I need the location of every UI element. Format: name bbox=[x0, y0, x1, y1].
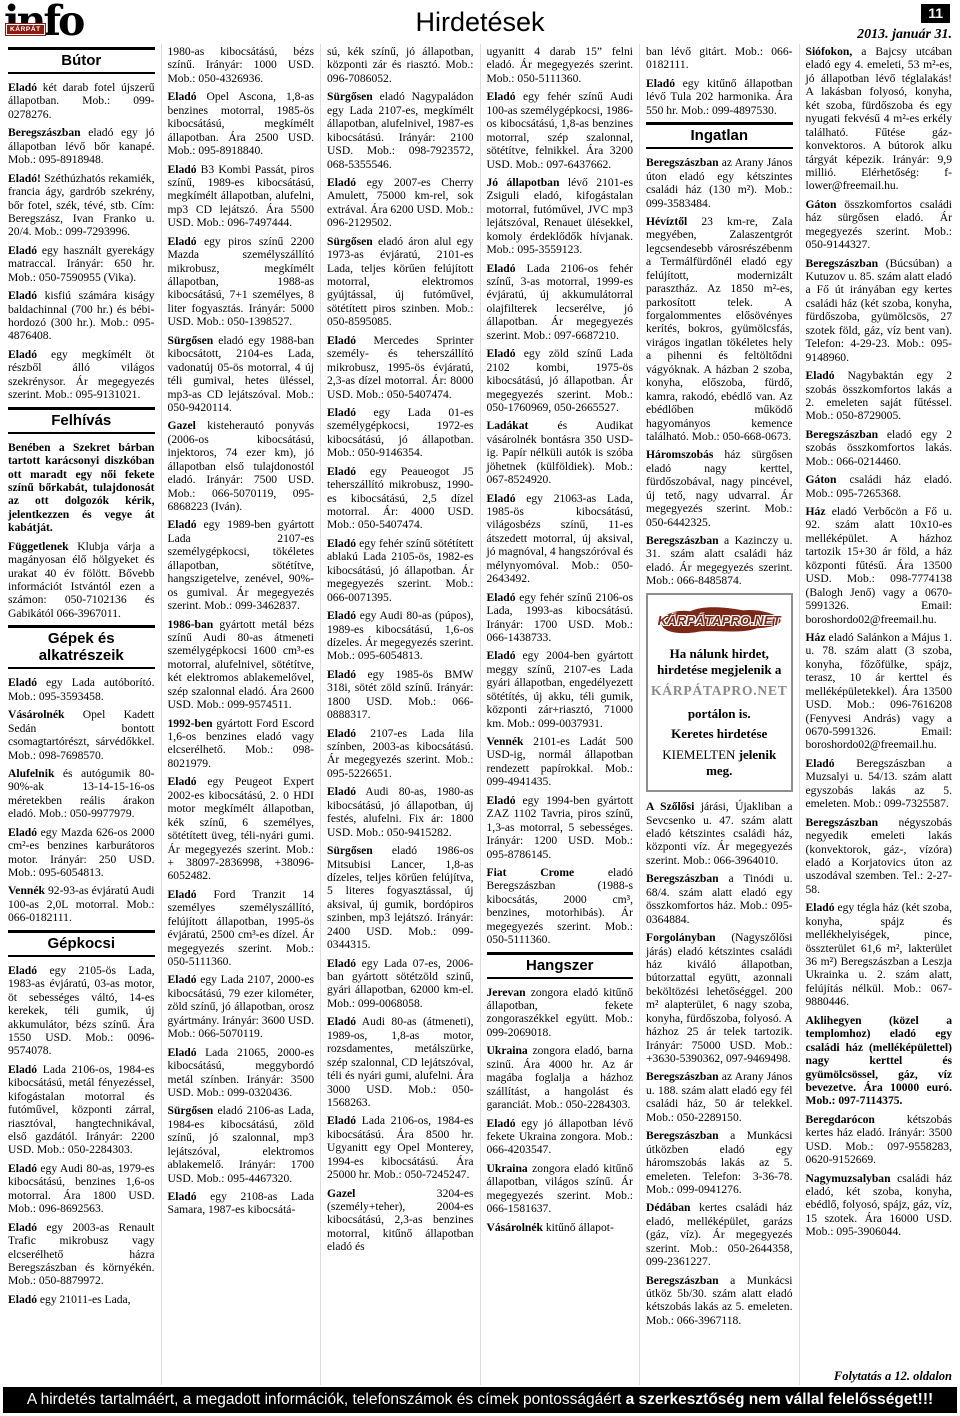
ad-item: Vásárolnék kitűnő állapot- bbox=[487, 1221, 634, 1234]
column-4: ugyanitt 4 darab 15” felni eladó. Ár meg… bbox=[480, 44, 640, 1385]
ad-lead: Fiat Crome bbox=[487, 866, 575, 879]
ad-lead: Eladó bbox=[8, 826, 37, 839]
section-header: Bútor bbox=[8, 47, 155, 74]
ad-lead: Eladó bbox=[327, 609, 356, 622]
column-5: ban lévő gitárt. Mob.: 066-0182111.Eladó… bbox=[639, 44, 799, 1385]
ad-item: Eladó egy 2105-ös Lada, 1983-as évjáratú… bbox=[8, 964, 155, 1058]
ad-lead: Eladó bbox=[487, 591, 516, 604]
ad-item: Eladó Audi 80-as, 1980-as kibocsátású, j… bbox=[327, 785, 474, 839]
ad-lead: Beregszászban bbox=[646, 534, 719, 547]
ad-item: Dédában kertes családi ház eladó, mellék… bbox=[646, 1201, 793, 1268]
ad-item: Beregszászban az Arany János úton eladó … bbox=[646, 156, 793, 210]
ad-lead: Eladó bbox=[487, 794, 516, 807]
ad-item: Jó állapotban lévő 2101-es Zsiguli eladó… bbox=[487, 176, 634, 257]
promo-kiemelten: KIEMELTEN bbox=[662, 747, 738, 762]
ad-item: Eladó két darab fotel újszerű állapotban… bbox=[8, 81, 155, 121]
ad-lead: Eladó bbox=[8, 1063, 37, 1076]
ad-lead: Sürgősen bbox=[327, 844, 373, 857]
ad-lead: Háromszobás bbox=[646, 448, 713, 461]
ad-item: Eladó egy 2004-ben gyártott meggy színű,… bbox=[487, 649, 634, 730]
ad-lead: Eladó bbox=[327, 537, 356, 550]
ad-lead: Eladó bbox=[327, 465, 356, 478]
logo-info-text: info bbox=[4, 0, 224, 42]
ad-item: Eladó egy Lada autóborító. Mob.: 095-359… bbox=[8, 676, 155, 703]
promo-site: KÁRPÁTAPRO.NET bbox=[651, 683, 788, 700]
ad-lead: Vennék bbox=[8, 884, 45, 897]
ad-item: Eladó egy Peaueogot J5 teherszállító mik… bbox=[327, 465, 474, 532]
ad-lead: Eladó bbox=[8, 289, 37, 302]
continuation-note: Folytatás a 12. oldalon bbox=[826, 1369, 952, 1384]
ad-lead: Ukraina bbox=[487, 1162, 528, 1175]
ad-lead: Eladó bbox=[806, 757, 835, 770]
ad-lead: 1992-ben bbox=[168, 717, 213, 730]
ad-item: Eladó Nagybaktán egy 2 szobás összkomfor… bbox=[806, 369, 953, 423]
ad-lead: Függetlenek bbox=[8, 540, 69, 553]
ad-lead: Eladó bbox=[8, 1293, 37, 1306]
ad-item: Beregszászban a Kazinczy u. 31. szám ala… bbox=[646, 534, 793, 588]
ad-item: Sürgősen eladó egy 1988-ban kibocsátott,… bbox=[168, 334, 315, 415]
ad-lead: Dédában bbox=[646, 1201, 690, 1214]
ad-item: Beregszászban négyszobás negyedik emelet… bbox=[806, 816, 953, 897]
ad-item: Eladó egy piros színű 2200 Mazda személy… bbox=[168, 235, 315, 329]
ad-item: Eladó Lada 2106-os, 1984-es kibocsátású.… bbox=[327, 1114, 474, 1181]
ad-lead: Eladó bbox=[327, 406, 356, 419]
column-6: Siófokon, a Bajcsy utcában eladó egy 4. … bbox=[799, 44, 959, 1385]
ad-item: Eladó egy 1985-ös BMW 318i, sötét zöld s… bbox=[327, 668, 474, 722]
ad-item: Eladó B3 Kombi Passát, piros színű, 1989… bbox=[168, 163, 315, 230]
ad-item: A Szőlősi járási, Újakliban a Sevcsenko … bbox=[646, 800, 793, 867]
ad-item: sú, kék színű, jó állapotban, központi z… bbox=[327, 45, 474, 85]
column-1: BútorEladó két darab fotel újszerű állap… bbox=[2, 44, 161, 1385]
ad-item: Ukraina zongora eladó kitűnő állapotban,… bbox=[487, 1162, 634, 1216]
ad-item: Háromszobás ház sürgősen eladó nagy kert… bbox=[646, 448, 793, 529]
column-3: sú, kék színű, jó állapotban, központi z… bbox=[320, 44, 480, 1385]
ad-lead: Eladó bbox=[487, 90, 516, 103]
ad-item: Jerevan zongora eladó kitűnő állapotban,… bbox=[487, 986, 634, 1040]
ad-item: Eladó Audi 80-as (átmeneti), 1989-os, 1,… bbox=[327, 1015, 474, 1109]
ad-lead: Eladó bbox=[8, 1162, 37, 1175]
ad-lead: Beregszászban bbox=[646, 156, 719, 169]
ad-lead: Eladó bbox=[168, 235, 197, 248]
ad-item: Eladó egy 2007-es Cherry Amulett, 75000 … bbox=[327, 176, 474, 230]
logo-karpat-badge: KÁRPÁT bbox=[6, 24, 45, 35]
footer-text-bold: a szerkesztőség nem vállal felelősséget!… bbox=[626, 1391, 934, 1409]
ad-item: Eladó egy Lada 07-es, 2006-ban gyártott … bbox=[327, 957, 474, 1011]
ad-lead: Ukraina bbox=[487, 1044, 528, 1057]
promo-line: Ha nálunk hirdet, hirdetése megjelenik a bbox=[651, 646, 788, 679]
ad-lead: Eladó bbox=[168, 163, 197, 176]
ad-item: Alufelnik és autógumik 80-90%-ak 13-14-1… bbox=[8, 767, 155, 821]
ad-lead: Eladó bbox=[646, 77, 675, 90]
ad-lead: Sürgősen bbox=[168, 1104, 214, 1117]
ad-item: Eladó egy Mazda 626-os 2000 cm²-es benzi… bbox=[8, 826, 155, 880]
ad-lead: Eladó bbox=[168, 973, 197, 986]
ad-lead: Vennék bbox=[487, 735, 524, 748]
ad-lead: Eladó bbox=[168, 775, 197, 788]
ad-lead: Eladó bbox=[806, 369, 835, 382]
newspaper-page: info KÁRPÁT Hirdetések 11 2013. január 3… bbox=[0, 0, 960, 1416]
ad-lead: Eladó bbox=[8, 676, 37, 689]
ad-item: Sürgősen eladó 2106-as Lada, 1984-es kib… bbox=[168, 1104, 315, 1185]
ad-lead: Vásárolnék bbox=[487, 1221, 543, 1234]
ad-lead: Sürgősen bbox=[168, 334, 214, 347]
ad-item: Beregszászban eladó egy 2 szobás összkom… bbox=[806, 428, 953, 468]
ad-lead: Eladó bbox=[806, 901, 835, 914]
promo-line: Keretes hirdetése bbox=[651, 726, 788, 742]
ad-item: Ház eladó Salánkon a Május 1. u. 78. szá… bbox=[806, 631, 953, 752]
ad-lead: Eladó bbox=[327, 957, 356, 970]
ad-item: Gazel kisteherautó ponyvás (2006-os kibo… bbox=[168, 419, 315, 513]
ad-lead: Ladákat bbox=[487, 419, 529, 432]
ad-item: Eladó egy megkímélt öt részből álló vilá… bbox=[8, 348, 155, 402]
ad-item: Eladó egy 2003-as Renault Trafic mikrobu… bbox=[8, 1221, 155, 1288]
promo-box-karpatapro: KÁRPÁTAPRO.NETHa nálunk hirdet, hirdetés… bbox=[646, 593, 793, 792]
ad-item: Gáton családi ház eladó. Mob.: 095-72653… bbox=[806, 473, 953, 500]
ad-lead: Sürgősen bbox=[327, 235, 373, 248]
ad-lead: Beregszászban bbox=[8, 126, 81, 139]
ad-lead: Sürgősen bbox=[327, 90, 373, 103]
ad-item: Eladó Lada 2106-os fehér színű, 3-as mot… bbox=[487, 262, 634, 343]
ad-lead: Gáton bbox=[806, 198, 837, 211]
ad-lead: Eladó bbox=[327, 785, 356, 798]
ad-item: Eladó Lada 21065, 2000-es kibocsátású, m… bbox=[168, 1046, 315, 1100]
ad-item: Beregszászban az Arany János u. 188. szá… bbox=[646, 1070, 793, 1124]
ad-item: Eladó egy fehér színű Audi 100-as személ… bbox=[487, 90, 634, 171]
section-header: Felhívás bbox=[8, 407, 155, 434]
ad-lead: Eladó bbox=[168, 518, 197, 531]
ad-item: Eladó egy 2108-as Lada Samara, 1987-es k… bbox=[168, 1190, 315, 1217]
karpatapro-logo: KÁRPÁTAPRO.NET bbox=[653, 600, 786, 642]
ad-item: Ház eladó Verbőcön a Fő u. 92. szám alat… bbox=[806, 505, 953, 626]
ad-item: Sürgősen eladó áron alul egy 1973-as évj… bbox=[327, 235, 474, 329]
ad-lead: Eladó bbox=[487, 1117, 516, 1130]
masthead-logo: info KÁRPÁT bbox=[4, 0, 224, 44]
ad-lead: Eladó bbox=[487, 492, 516, 505]
ad-item: Eladó egy Lada 2107, 2000-es kibocsátású… bbox=[168, 973, 315, 1040]
issue-date: 2013. január 31. bbox=[857, 27, 952, 43]
columns: BútorEladó két darab fotel újszerű állap… bbox=[2, 44, 958, 1385]
ad-item: Vennék 92-93-as évjáratú Audi 100-as 2,0… bbox=[8, 884, 155, 924]
ad-lead: Alufelnik bbox=[8, 767, 54, 780]
ad-lead: Eladó bbox=[327, 668, 356, 681]
ad-item: Nagymuzsalyban családi ház eladó, két sz… bbox=[806, 1172, 953, 1239]
ad-lead: A Szőlősi bbox=[646, 800, 694, 813]
section-header: Gépek és alkatrészeik bbox=[8, 625, 155, 669]
ad-lead: Eladó bbox=[327, 334, 356, 347]
page-number: 11 bbox=[921, 4, 950, 23]
ad-item: Ladákat és Audikat vásárolnék bontásra 3… bbox=[487, 419, 634, 486]
ad-item: Eladó! Széthúzhatós rekamiék, francia ág… bbox=[8, 172, 155, 239]
ad-lead: Eladó! bbox=[8, 172, 41, 185]
ad-lead: Jó állapotban bbox=[487, 176, 560, 189]
ad-lead: Beregszászban bbox=[646, 1129, 719, 1142]
ad-item: Eladó egy zöld színű Lada 2102 kombi, 19… bbox=[487, 347, 634, 414]
ad-item: Eladó 2107-es Lada lila színben, 2003-as… bbox=[327, 727, 474, 781]
ad-lead: Eladó bbox=[487, 649, 516, 662]
ad-lead: Beregszászban bbox=[806, 428, 879, 441]
ad-lead: Eladó bbox=[487, 262, 516, 275]
ad-lead: Ház bbox=[806, 505, 826, 518]
ad-lead: Beregszászban bbox=[806, 816, 879, 829]
ad-lead: Eladó bbox=[8, 244, 37, 257]
section-header: Hangszer bbox=[487, 952, 634, 979]
column-2: 1980-as kibocsátású, bézs színű. Irányár… bbox=[161, 44, 321, 1385]
ad-item: Eladó egy használt gyerekágy matraccal. … bbox=[8, 244, 155, 284]
ad-item: Gazel 3204-es (személy+teher), 2004-es k… bbox=[327, 1187, 474, 1254]
ad-item: Vennék 2101-es Ladát 500 USD-ig, normál … bbox=[487, 735, 634, 789]
footer-disclaimer: A hirdetés tartalmáért, a megadott infor… bbox=[3, 1387, 957, 1413]
ad-item: Eladó egy 1989-ben gyártott Lada 2107-es… bbox=[168, 518, 315, 612]
ad-item: Eladó egy 1994-ben gyártott ZAZ 1102 Tav… bbox=[487, 794, 634, 861]
ad-lead: 1986-ban bbox=[168, 618, 214, 631]
ad-item: Eladó egy jó állapotban lévő fekete Ukra… bbox=[487, 1117, 634, 1157]
karpatapro-logo-text: KÁRPÁTAPRO.NET bbox=[653, 613, 786, 628]
ad-lead: Eladó bbox=[168, 888, 197, 901]
ad-item: ban lévő gitárt. Mob.: 066-0182111. bbox=[646, 45, 793, 72]
ad-lead: Eladó bbox=[8, 81, 37, 94]
ad-item: Hévíztől 23 km-re, Zala megyében, Zalasz… bbox=[646, 215, 793, 443]
ad-item: Fiat Crome eladó Beregszászban (1988-s k… bbox=[487, 866, 634, 947]
ad-item: 1986-ban gyártott metál bézs színű Audi … bbox=[168, 618, 315, 712]
footer-text: A hirdetés tartalmáért, a megadott infor… bbox=[27, 1391, 626, 1409]
ad-lead: Eladó bbox=[168, 1190, 197, 1203]
ad-item: Gáton összkomfortos családi ház sürgősen… bbox=[806, 198, 953, 252]
ad-lead: Eladó bbox=[168, 1046, 197, 1059]
ad-item: Aklihegyen (közel a templomhoz) eladó eg… bbox=[806, 1014, 953, 1108]
ad-item: Beregszászban eladó egy jó állapotban lé… bbox=[8, 126, 155, 166]
ad-item: Sürgősen eladó 1986-os Mitsubisi Lancer,… bbox=[327, 844, 474, 952]
ad-lead: Gazel bbox=[168, 419, 196, 432]
ad-item: Beregdarócon kétszobás kertes ház eladó.… bbox=[806, 1113, 953, 1167]
ad-item: Eladó egy fehér színű sötétített ablakú … bbox=[327, 537, 474, 604]
ad-lead: Beregszászban bbox=[646, 1070, 719, 1083]
ad-item: Eladó egy Audi 80-as (púpos), 1989-es ki… bbox=[327, 609, 474, 663]
ad-item: Eladó egy tégla ház (két szoba, konyha, … bbox=[806, 901, 953, 1009]
ad-lead: Eladó bbox=[8, 1221, 37, 1234]
ad-item: Beregszászban a Tinódi u. 68/4. szám ala… bbox=[646, 872, 793, 926]
ad-lead: Eladó bbox=[327, 176, 356, 189]
ad-lead: Beregszászban bbox=[806, 257, 879, 270]
ad-item: Eladó egy kitűnő állapotban lévő Tula 20… bbox=[646, 77, 793, 117]
ad-item: Beregszászban (Búcsúban) a Kutuzov u. 85… bbox=[806, 257, 953, 365]
ad-item: Sürgősen eladó Nagypaládon egy Lada 2107… bbox=[327, 90, 474, 171]
ad-item: Eladó egy fehér színű 2106-os Lada, 1993… bbox=[487, 591, 634, 645]
ad-lead: Eladó bbox=[8, 348, 37, 361]
ad-lead: Eladó bbox=[168, 90, 197, 103]
ad-lead: Beregszászban bbox=[646, 1274, 719, 1287]
ad-item: Függetlenek Klubja várja a magányosan él… bbox=[8, 540, 155, 621]
ad-lead: Siófokon, bbox=[806, 45, 853, 58]
promo-line: KIEMELTEN jelenik meg. bbox=[651, 747, 788, 780]
ad-lead: Gazel bbox=[327, 1187, 355, 1200]
ad-lead: Eladó bbox=[327, 1114, 356, 1127]
ad-item: Eladó Opel Ascona, 1,8-as benzines motor… bbox=[168, 90, 315, 157]
ad-lead: Eladó bbox=[8, 964, 37, 977]
ad-item: Eladó egy Audi 80-as, 1979-es kibocsátás… bbox=[8, 1162, 155, 1216]
promo-line: portálon is. bbox=[651, 706, 788, 722]
ad-lead: Hévíztől bbox=[646, 215, 687, 228]
ad-item: Beregszászban a Munkácsi útközben eladó … bbox=[646, 1129, 793, 1196]
ad-item: Siófokon, a Bajcsy utcában eladó egy 4. … bbox=[806, 45, 953, 193]
ad-lead: Forgolányban bbox=[646, 931, 716, 944]
ad-item: Eladó Ford Tranzit 14 személyes személys… bbox=[168, 888, 315, 969]
ad-item: Eladó kisfiú számára kiságy baldachinnal… bbox=[8, 289, 155, 343]
ad-lead: Vásárolnék bbox=[8, 708, 64, 721]
section-header: Ingatlan bbox=[646, 122, 793, 149]
ad-item: Eladó Mercedes Sprinter személy- és tehe… bbox=[327, 334, 474, 401]
ad-item: Eladó Lada 2106-os, 1984-es kibocsátású,… bbox=[8, 1063, 155, 1157]
ad-item: Eladó Beregszászban a Muzsalyi u. 54/13.… bbox=[806, 757, 953, 811]
ad-item: 1980-as kibocsátású, bézs színű. Irányár… bbox=[168, 45, 315, 85]
ad-item: 1992-ben gyártott Ford Escord 1,6-os ben… bbox=[168, 717, 315, 771]
ad-lead: Beregdarócon bbox=[806, 1113, 875, 1126]
ad-item: Beregszászban a Munkácsi útköz 5b/30. sz… bbox=[646, 1274, 793, 1328]
ad-item: Eladó egy Peugeot Expert 2002-es kibocsá… bbox=[168, 775, 315, 883]
ad-lead: Gáton bbox=[806, 473, 837, 486]
ad-item: Eladó egy Lada 01-es személygépkocsi, 19… bbox=[327, 406, 474, 460]
ad-lead: Eladó bbox=[327, 727, 356, 740]
ad-lead: Jerevan bbox=[487, 986, 526, 999]
ad-lead: Beregszászban bbox=[646, 872, 719, 885]
ad-item: Benében a Szekret bárban tartott karácso… bbox=[8, 441, 155, 535]
ad-item: Vásárolnék Opel Kadett Sedán bontott cso… bbox=[8, 708, 155, 762]
ad-item: Eladó egy 21011-es Lada, bbox=[8, 1293, 155, 1306]
ad-item: Eladó egy 21063-as Lada, 1985-ös kibocsá… bbox=[487, 492, 634, 586]
section-header: Gépkocsi bbox=[8, 930, 155, 957]
ad-item: Forgolányban (Nagyszőlősi járás) eladó k… bbox=[646, 931, 793, 1065]
ad-lead: Nagymuzsalyban bbox=[806, 1172, 891, 1185]
ad-item: ugyanitt 4 darab 15” felni eladó. Ár meg… bbox=[487, 45, 634, 85]
ad-item: Ukraina zongora eladó, barna szinű. Ára … bbox=[487, 1044, 634, 1111]
ad-lead: Eladó bbox=[487, 347, 516, 360]
ad-lead: Ház bbox=[806, 631, 826, 644]
ad-lead: Eladó bbox=[327, 1015, 356, 1028]
